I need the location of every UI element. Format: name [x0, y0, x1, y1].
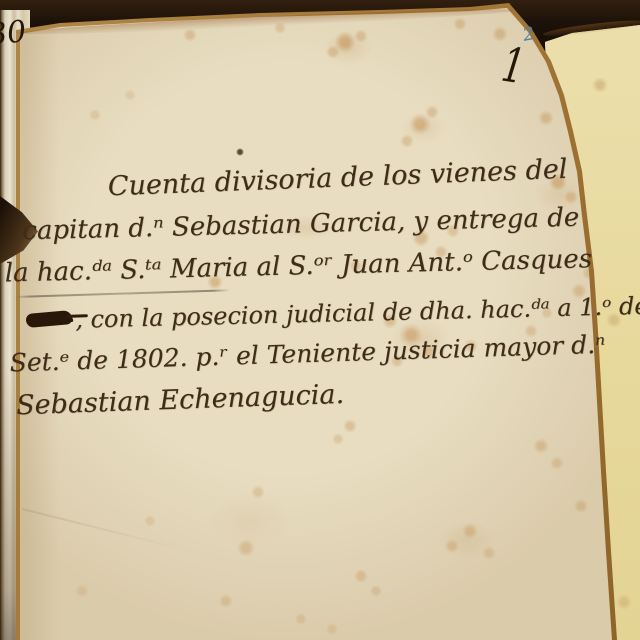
handwritten-text-block: Cuenta divisoria de los vienes del capit…	[0, 0, 640, 640]
manuscript-photo: 30 1 2 Cuenta divisoria de los vienes de…	[0, 0, 640, 640]
manuscript-line-3: la hac.ᵈᵃ S.ᵗᵃ Maria al S.ᵒʳ Juan Ant.ᵒ …	[4, 244, 592, 288]
manuscript-line-6: Sebastian Echenagucia.	[16, 379, 345, 421]
manuscript-line-2: capitan d.ⁿ Sebastian Garcia, y entrega …	[22, 203, 580, 247]
manuscript-line-4: , con la posecion judicial de dha. hac.ᵈ…	[75, 292, 640, 334]
manuscript-line-1: Cuenta divisoria de los vienes del	[107, 154, 568, 203]
manuscript-line-5: Set.ᵉ de 1802. p.ʳ el Teniente justicia …	[9, 330, 605, 378]
